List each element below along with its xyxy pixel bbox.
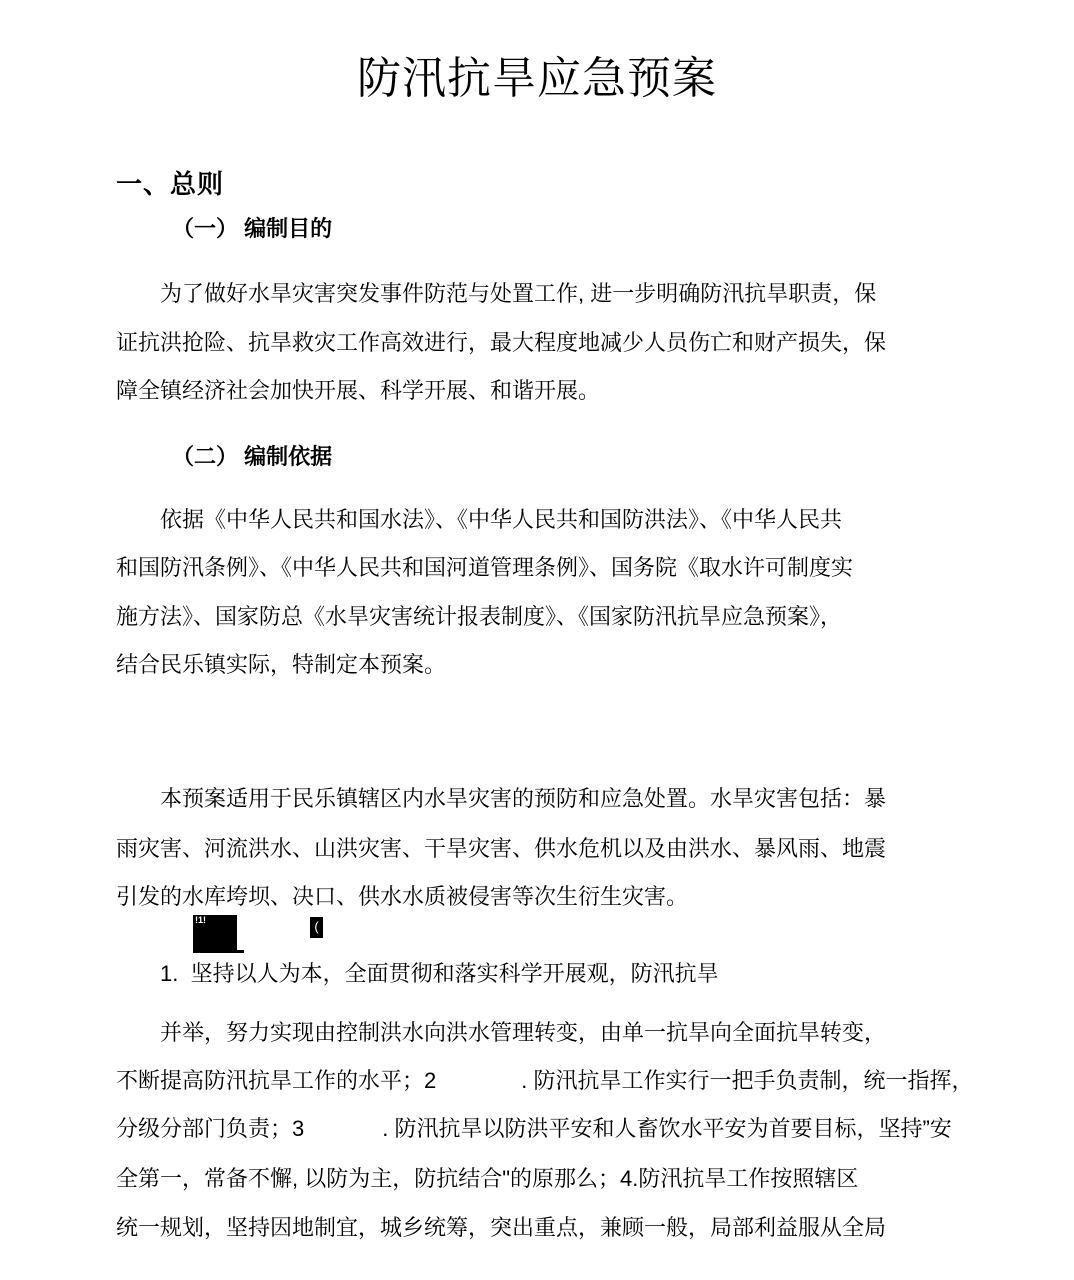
principles-line-segment: . 防汛抗旱工作实行一把手负责制，统一指挥， bbox=[521, 1068, 973, 1093]
document-page: 防汛抗旱应急预案 一、总则 （一） 编制目的 为了做好水旱灾害突发事件防范与处置… bbox=[0, 0, 1074, 1280]
principles-line: 分级分部门负责；3. 防汛抗旱以防洪平安和人畜饮水平安为首要目标，坚持”安 bbox=[116, 1116, 952, 1141]
redacted-glyph-artifact: ( bbox=[310, 917, 323, 938]
purpose-paragraph-line: 障全镇经济社会加快开展、科学开展、和谐开展。 bbox=[116, 378, 600, 403]
purpose-paragraph-line: 证抗洪抢险、抗旱救灾工作高效进行，最大程度地减少人员伤亡和财产损失，保 bbox=[116, 330, 886, 355]
basis-paragraph-line: 依据《中华人民共和国水法》、《中华人民共和国防洪法》、《中华人民共 bbox=[160, 507, 842, 532]
scope-paragraph-line: 雨灾害、河流洪水、山洪灾害、干旱灾害、供水危机以及由洪水、暴风雨、地震 bbox=[116, 836, 886, 861]
purpose-paragraph-line: 为了做好水旱灾害突发事件防范与处置工作, 进一步明确防汛抗旱职责，保 bbox=[160, 281, 876, 306]
basis-paragraph-line: 结合民乐镇实际，特制定本预案。 bbox=[116, 652, 446, 677]
scope-paragraph-line: 本预案适用于民乐镇辖区内水旱灾害的预防和应急处置。水旱灾害包括：暴 bbox=[160, 786, 886, 811]
basis-paragraph-line: 和国防汛条例》、《中华人民共和国河道管理条例》、国务院《取水许可制度实 bbox=[116, 555, 853, 580]
subsection-heading-basis: （二） 编制依据 bbox=[172, 440, 332, 471]
subsection-heading-purpose: （一） 编制目的 bbox=[172, 212, 332, 243]
principles-line: 全第一，常备不懈, 以防为主，防抗结合"的原那么；4.防汛抗旱工作按照辖区 bbox=[116, 1166, 858, 1191]
basis-paragraph-line: 施方法》、国家防总《水旱灾害统计报表制度》、《国家防汛抗旱应急预案》， bbox=[116, 604, 842, 629]
scope-paragraph-line: 引发的水库垮坝、决口、供水水质被侵害等次生衍生灾害。 bbox=[116, 884, 688, 909]
redacted-image-artifact: !1! bbox=[193, 915, 237, 953]
principles-line: 1. 坚持以人为本，全面贯彻和落实科学开展观，防汛抗旱 bbox=[160, 961, 719, 986]
principles-line: 不断提高防汛抗旱工作的水平；2. 防汛抗旱工作实行一把手负责制，统一指挥， bbox=[116, 1068, 973, 1093]
principles-line-segment: 不断提高防汛抗旱工作的水平；2 bbox=[116, 1068, 436, 1093]
principles-line: 统一规划，坚持因地制宜，城乡统筹，突出重点，兼顾一般，局部利益服从全局 bbox=[116, 1215, 886, 1240]
document-title: 防汛抗旱应急预案 bbox=[0, 42, 1074, 106]
section-heading-general: 一、总则 bbox=[116, 164, 224, 201]
principles-line-segment: 分级分部门负责；3 bbox=[116, 1116, 304, 1141]
stray-mark bbox=[237, 950, 244, 953]
principles-line-segment: . 防汛抗旱以防洪平安和人畜饮水平安为首要目标，坚持”安 bbox=[382, 1116, 952, 1141]
principles-line: 并举，努力实现由控制洪水向洪水管理转变，由单一抗旱向全面抗旱转变， bbox=[160, 1020, 886, 1045]
